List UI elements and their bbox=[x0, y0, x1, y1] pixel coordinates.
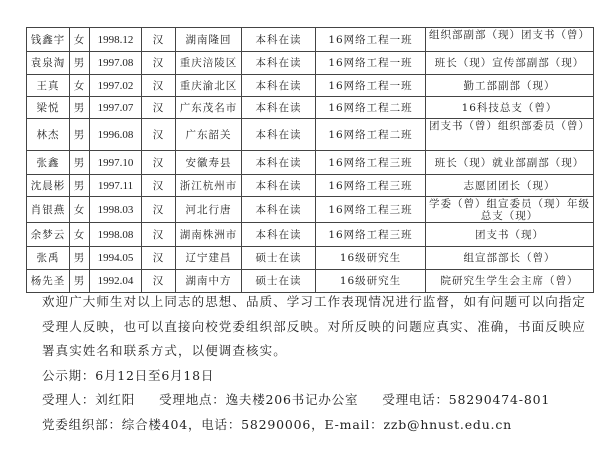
cell-status: 本科在读 bbox=[242, 119, 316, 151]
contact-person: 受理人：刘红阳 bbox=[42, 392, 135, 407]
cell-class: 16级研究生 bbox=[316, 247, 426, 270]
cell-birth: 1997.07 bbox=[90, 97, 142, 119]
cell-birth: 1994.05 bbox=[90, 247, 142, 270]
cell-status: 硕士在读 bbox=[242, 247, 316, 270]
cell-ethnicity: 汉 bbox=[142, 175, 176, 197]
cell-gender: 男 bbox=[70, 119, 90, 151]
cell-hometown: 广东韶关 bbox=[176, 119, 242, 151]
cell-ethnicity: 汉 bbox=[142, 247, 176, 270]
cell-hometown: 河北行唐 bbox=[176, 197, 242, 223]
cell-birth: 1997.11 bbox=[90, 175, 142, 197]
cell-name: 肖银燕 bbox=[27, 197, 70, 223]
cell-position: 志愿团团长（现） bbox=[426, 175, 594, 197]
cell-position: 班长（现）宣传部副部（现） bbox=[426, 52, 594, 75]
cell-ethnicity: 汉 bbox=[142, 52, 176, 75]
cell-birth: 1997.10 bbox=[90, 151, 142, 175]
cell-gender: 男 bbox=[70, 247, 90, 270]
contact-place: 受理地点：逸夫楼206书记办公室 bbox=[159, 392, 358, 407]
cell-birth: 1997.02 bbox=[90, 75, 142, 97]
table-row: 张禹男1994.05汉辽宁建昌硕士在读16级研究生组宣部部长（曾） bbox=[27, 247, 594, 270]
cell-class: 16网络工程一班 bbox=[316, 75, 426, 97]
cell-class: 16网络工程三班 bbox=[316, 223, 426, 247]
cell-gender: 男 bbox=[70, 175, 90, 197]
cell-ethnicity: 汉 bbox=[142, 119, 176, 151]
cell-position: 组宣部部长（曾） bbox=[426, 247, 594, 270]
cell-name: 梁悦 bbox=[27, 97, 70, 119]
cell-position: 学委（曾）组宣委员（现）年级总支（现） bbox=[426, 197, 594, 223]
cell-birth: 1998.03 bbox=[90, 197, 142, 223]
cell-ethnicity: 汉 bbox=[142, 75, 176, 97]
table-row: 钱鑫宇女1998.12汉湖南隆回本科在读16网络工程一班组织部副部（现）团支书（… bbox=[27, 28, 594, 52]
cell-class: 16网络工程三班 bbox=[316, 175, 426, 197]
cell-hometown: 湖南株洲市 bbox=[176, 223, 242, 247]
cell-hometown: 安徽寿县 bbox=[176, 151, 242, 175]
cell-status: 本科在读 bbox=[242, 197, 316, 223]
table-row: 肖银燕女1998.03汉河北行唐本科在读16网络工程三班学委（曾）组宣委员（现）… bbox=[27, 197, 594, 223]
cell-name: 沈晨彬 bbox=[27, 175, 70, 197]
cell-name: 张禹 bbox=[27, 247, 70, 270]
table-row: 梁悦男1997.07汉广东茂名市本科在读16网络工程二班16科技总支（曾） bbox=[27, 97, 594, 119]
cell-position: 16科技总支（曾） bbox=[426, 97, 594, 119]
cell-class: 16网络工程一班 bbox=[316, 28, 426, 52]
cell-name: 林杰 bbox=[27, 119, 70, 151]
table-row: 袁泉淘男1997.08汉重庆涪陵区本科在读16网络工程一班班长（现）宣传部副部（… bbox=[27, 52, 594, 75]
cell-class: 16网络工程三班 bbox=[316, 151, 426, 175]
cell-gender: 男 bbox=[70, 52, 90, 75]
cell-status: 本科在读 bbox=[242, 75, 316, 97]
cell-hometown: 重庆渝北区 bbox=[176, 75, 242, 97]
cell-gender: 男 bbox=[70, 97, 90, 119]
cell-hometown: 浙江杭州市 bbox=[176, 175, 242, 197]
org-dept-contact: 党委组织部：综合楼404，电话：58290006，E-mail：zzb@hnus… bbox=[42, 415, 512, 433]
cell-name: 张鑫 bbox=[27, 151, 70, 175]
cell-position: 团支书（现） bbox=[426, 223, 594, 247]
contact-phone: 受理电话：58290474-801 bbox=[382, 392, 550, 407]
cell-ethnicity: 汉 bbox=[142, 97, 176, 119]
table-row: 张鑫男1997.10汉安徽寿县本科在读16网络工程三班班长（现）就业部副部（现） bbox=[27, 151, 594, 175]
cell-status: 本科在读 bbox=[242, 175, 316, 197]
cell-position: 组织部副部（现）团支书（曾） bbox=[426, 28, 594, 52]
cell-status: 本科在读 bbox=[242, 97, 316, 119]
candidate-table: 钱鑫宇女1998.12汉湖南隆回本科在读16网络工程一班组织部副部（现）团支书（… bbox=[26, 27, 594, 293]
cell-ethnicity: 汉 bbox=[142, 197, 176, 223]
cell-class: 16网络工程二班 bbox=[316, 97, 426, 119]
cell-hometown: 辽宁建昌 bbox=[176, 247, 242, 270]
cell-gender: 女 bbox=[70, 197, 90, 223]
cell-hometown: 重庆涪陵区 bbox=[176, 52, 242, 75]
cell-ethnicity: 汉 bbox=[142, 151, 176, 175]
notice-paragraph: 欢迎广大师生对以上同志的思想、品质、学习工作表现情况进行监督，如有问题可以向指定… bbox=[17, 290, 597, 364]
cell-status: 本科在读 bbox=[242, 28, 316, 52]
cell-gender: 女 bbox=[70, 223, 90, 247]
cell-name: 王真 bbox=[27, 75, 70, 97]
cell-hometown: 广东茂名市 bbox=[176, 97, 242, 119]
cell-class: 16网络工程一班 bbox=[316, 52, 426, 75]
table-row: 王真女1997.02汉重庆渝北区本科在读16网络工程一班勤工部副部（现） bbox=[27, 75, 594, 97]
cell-birth: 1998.12 bbox=[90, 28, 142, 52]
cell-ethnicity: 汉 bbox=[142, 223, 176, 247]
cell-hometown: 湖南隆回 bbox=[176, 28, 242, 52]
cell-position: 班长（现）就业部副部（现） bbox=[426, 151, 594, 175]
cell-gender: 男 bbox=[70, 151, 90, 175]
notice-paragraph-text: 欢迎广大师生对以上同志的思想、品质、学习工作表现情况进行监督，如有问题可以向指定… bbox=[17, 290, 597, 364]
contact-line: 受理人：刘红阳受理地点：逸夫楼206书记办公室受理电话：58290474-801 bbox=[42, 390, 550, 408]
cell-gender: 女 bbox=[70, 75, 90, 97]
cell-birth: 1998.08 bbox=[90, 223, 142, 247]
cell-name: 钱鑫宇 bbox=[27, 28, 70, 52]
cell-ethnicity: 汉 bbox=[142, 28, 176, 52]
cell-status: 本科在读 bbox=[242, 151, 316, 175]
cell-class: 16网络工程三班 bbox=[316, 197, 426, 223]
notice-period: 公示期：6月12日至6月18日 bbox=[42, 366, 214, 384]
table-row: 余梦云女1998.08汉湖南株洲市本科在读16网络工程三班团支书（现） bbox=[27, 223, 594, 247]
cell-status: 本科在读 bbox=[242, 223, 316, 247]
cell-birth: 1997.08 bbox=[90, 52, 142, 75]
cell-position: 团支书（曾）组织部委员（曾） bbox=[426, 119, 594, 151]
table-row: 林杰男1996.08汉广东韶关本科在读16网络工程二班团支书（曾）组织部委员（曾… bbox=[27, 119, 594, 151]
cell-name: 余梦云 bbox=[27, 223, 70, 247]
table-row: 沈晨彬男1997.11汉浙江杭州市本科在读16网络工程三班志愿团团长（现） bbox=[27, 175, 594, 197]
cell-gender: 女 bbox=[70, 28, 90, 52]
cell-birth: 1996.08 bbox=[90, 119, 142, 151]
cell-status: 本科在读 bbox=[242, 52, 316, 75]
cell-position: 勤工部副部（现） bbox=[426, 75, 594, 97]
cell-name: 袁泉淘 bbox=[27, 52, 70, 75]
cell-class: 16网络工程二班 bbox=[316, 119, 426, 151]
